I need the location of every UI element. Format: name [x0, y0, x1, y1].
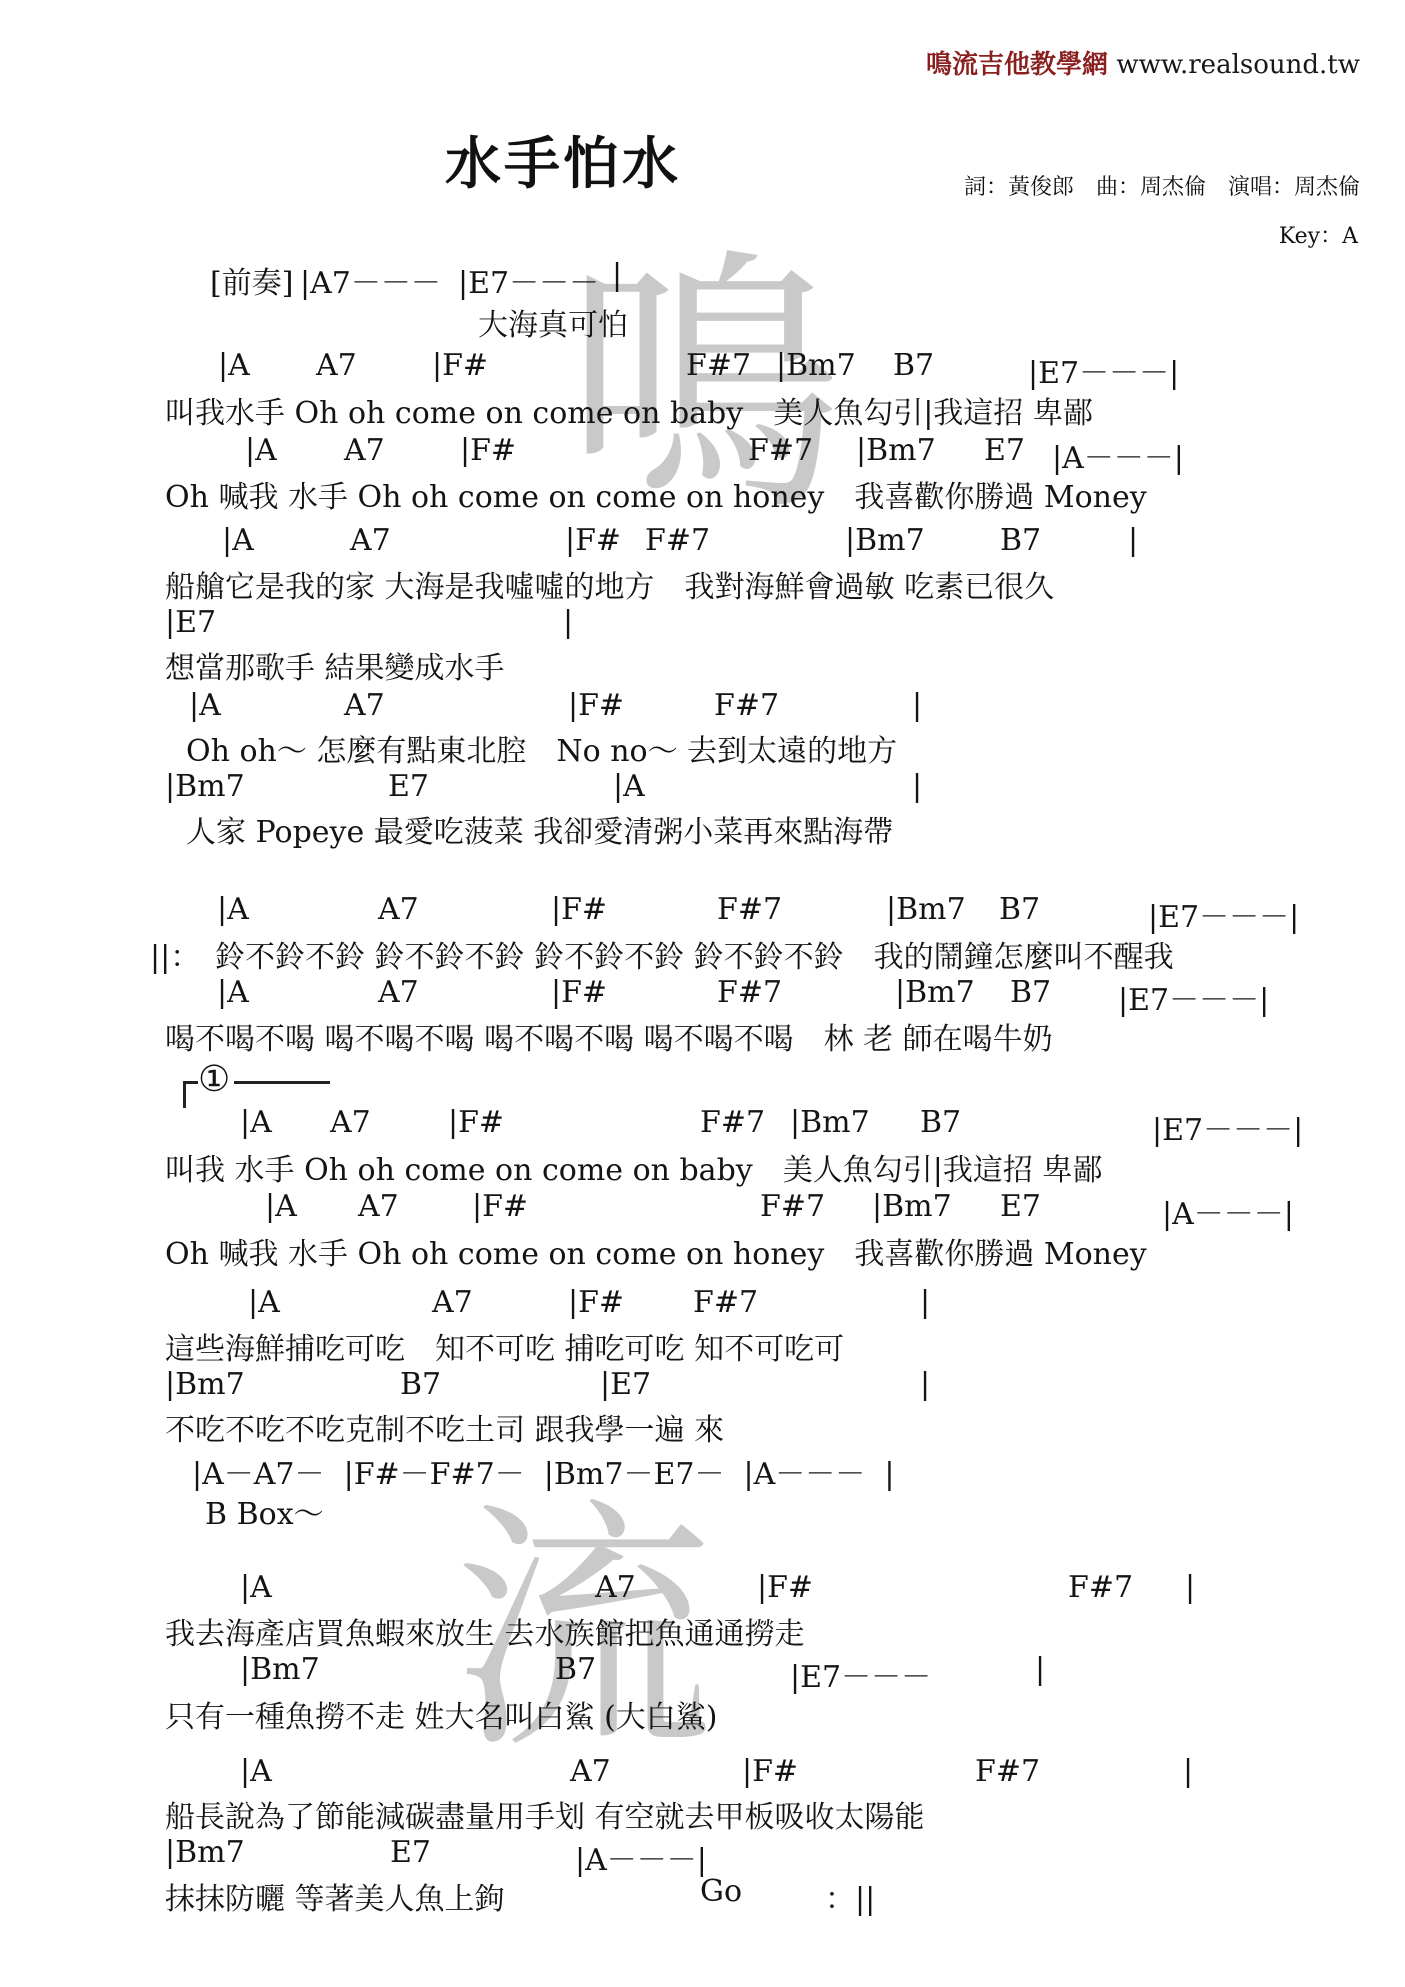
- chord-segment: E7: [1000, 1189, 1041, 1224]
- chord-line: |AA7|F#F#7|Bm7E7|A－－－|: [0, 1189, 1405, 1229]
- chord-segment: |F#: [568, 1285, 624, 1320]
- chord-segment: |F#: [565, 523, 621, 558]
- chord-line: |AA7|F#F#7|: [0, 688, 1405, 728]
- chord-segment: |: [1185, 1570, 1195, 1605]
- chord-segment: |F#: [568, 688, 624, 723]
- volta-rule: [234, 1081, 330, 1084]
- chord-segment: B7: [893, 348, 934, 383]
- chord-line: |Bm7B7|E7－－－|: [0, 1652, 1405, 1692]
- lyric-segment: 想當那歌手 結果變成水手: [165, 643, 505, 687]
- chord-segment: |Bm7: [872, 1189, 952, 1224]
- chord-line: |AA7|F#F#7|Bm7B7|: [0, 523, 1405, 563]
- chord-segment: |A: [189, 688, 221, 723]
- chord-segment: F#7: [700, 1105, 765, 1140]
- chord-segment: |A: [248, 1285, 280, 1320]
- chord-segment: F#7: [975, 1754, 1040, 1789]
- chord-segment: A7: [378, 892, 419, 927]
- chord-segment: |E7－－－|: [1118, 975, 1269, 1019]
- chord-segment: |E7－－－: [458, 258, 599, 302]
- lyric-line: 船艙它是我的家 大海是我噓噓的地方 我對海鮮會過敏 吃素已很久: [0, 562, 1405, 602]
- chord-segment: A7: [378, 975, 419, 1010]
- chord-segment: |F#: [757, 1570, 813, 1605]
- lyric-segment: 叫我水手 Oh oh come on come on baby 美人魚勾引|我這…: [165, 388, 1093, 432]
- chord-segment: |E7: [165, 605, 216, 640]
- chord-segment: A7: [344, 688, 385, 723]
- chord-segment: |E7－－－|: [1028, 348, 1179, 392]
- lyric-segment: 船長說為了節能減碳盡量用手划 有空就去甲板吸收太陽能: [165, 1792, 925, 1836]
- chord-segment: |: [912, 769, 922, 804]
- song-title: 水手怕水: [445, 120, 681, 200]
- chord-segment: A7: [358, 1189, 399, 1224]
- lyric-segment: 抹抹防曬 等著美人魚上鉤: [165, 1874, 505, 1918]
- lyric-line: 喝不喝不喝 喝不喝不喝 喝不喝不喝 喝不喝不喝 林 老 師在喝牛奶: [0, 1014, 1405, 1054]
- chord-segment: |: [920, 1367, 930, 1402]
- chord-line: |A－A7－ |F#－F#7－ |Bm7－E7－ |A－－－ |: [0, 1449, 1405, 1489]
- chord-segment: B7: [920, 1105, 961, 1140]
- lyric-line: 只有一種魚撈不走 姓大名叫白鯊 (大白鯊): [0, 1692, 1405, 1732]
- chord-segment: A7: [316, 348, 357, 383]
- lyric-line: B Box～: [0, 1489, 1405, 1529]
- chord-segment: E7: [390, 1835, 431, 1870]
- chord-line: |AA7|F#F#7|Bm7B7|E7－－－|: [0, 975, 1405, 1015]
- chord-segment: |Bm7: [895, 975, 975, 1010]
- chord-segment: E7: [984, 433, 1025, 468]
- chord-segment: |A: [245, 433, 277, 468]
- lyric-line: Oh 喊我 水手 Oh oh come on come on honey 我喜歡…: [0, 472, 1405, 512]
- chord-segment: |F#: [551, 975, 607, 1010]
- chord-line: |AA7|F#F#7|Bm7B7|E7－－－|: [0, 892, 1405, 932]
- chord-segment: A7: [595, 1570, 636, 1605]
- chord-segment: |E7－－－|: [1152, 1105, 1303, 1149]
- chord-segment: |: [563, 605, 573, 640]
- chord-line: [前奏]|A7－－－|E7－－－|: [0, 258, 1405, 298]
- chord-segment: |A: [240, 1105, 272, 1140]
- chord-segment: |A: [217, 892, 249, 927]
- chord-segment: |E7－－－|: [1148, 892, 1299, 936]
- lyric-segment: Oh oh～ 怎麼有點東北腔 No no～ 去到太遠的地方: [186, 726, 897, 770]
- lyric-line: ||：鈴不鈴不鈴 鈴不鈴不鈴 鈴不鈴不鈴 鈴不鈴不鈴 我的鬧鐘怎麼叫不醒我: [0, 932, 1405, 972]
- lyric-line: 不吃不吃不吃克制不吃土司 跟我學一遍 來: [0, 1405, 1405, 1445]
- chord-segment: F#7: [717, 975, 782, 1010]
- lyric-segment: 這些海鮮捕吃可吃 知不可吃 捕吃可吃 知不可吃可: [165, 1324, 844, 1368]
- chord-segment: B7: [555, 1652, 596, 1687]
- lyric-segment: 喝不喝不喝 喝不喝不喝 喝不喝不喝 喝不喝不喝 林 老 師在喝牛奶: [165, 1014, 1053, 1058]
- chord-line: |Bm7E7|A－－－|: [0, 1835, 1405, 1875]
- lyric-segment: Go: [700, 1874, 742, 1909]
- chord-segment: F#7: [1068, 1570, 1133, 1605]
- chord-segment: |: [1128, 523, 1138, 558]
- chord-line: |Bm7E7|A|: [0, 769, 1405, 809]
- chord-segment: |F#: [742, 1754, 798, 1789]
- song-key: Key：A: [1279, 219, 1358, 250]
- chord-segment: |Bm7: [886, 892, 966, 927]
- site-url-text: www.realsound.tw: [1116, 50, 1360, 80]
- chord-segment: |A: [240, 1570, 272, 1605]
- chord-segment: |A－A7－ |F#－F#7－ |Bm7－E7－ |A－－－ |: [192, 1449, 894, 1493]
- song-credits: 詞：黃俊郎 曲：周杰倫 演唱：周杰倫: [964, 170, 1360, 201]
- lyric-segment: 大海真可怕: [478, 300, 628, 344]
- lyric-line: 大海真可怕: [0, 300, 1405, 340]
- chord-line: |AA7|F#F#7|Bm7B7|E7－－－|: [0, 1105, 1405, 1145]
- chord-segment: |F#: [551, 892, 607, 927]
- lyric-segment: 我去海產店買魚蝦來放生 去水族館把魚通通撈走: [165, 1609, 805, 1653]
- lyric-line: 叫我水手 Oh oh come on come on baby 美人魚勾引|我這…: [0, 388, 1405, 428]
- lyric-line: 船長說為了節能減碳盡量用手划 有空就去甲板吸收太陽能: [0, 1792, 1405, 1832]
- chord-line: |AA7|F#F#7|Bm7E7|A－－－|: [0, 433, 1405, 473]
- chord-segment: F#7: [748, 433, 813, 468]
- lyric-segment: ||：: [150, 932, 200, 976]
- chord-segment: B7: [1010, 975, 1051, 1010]
- chord-segment: |: [1183, 1754, 1193, 1789]
- chord-segment: |E7: [600, 1367, 651, 1402]
- chord-segment: |A: [613, 769, 645, 804]
- chord-segment: |Bm7: [845, 523, 925, 558]
- chord-segment: |: [920, 1285, 930, 1320]
- lyric-line: 抹抹防曬 等著美人魚上鉤Go：||: [0, 1874, 1405, 1914]
- lyric-segment: 不吃不吃不吃克制不吃土司 跟我學一遍 來: [165, 1405, 724, 1449]
- chord-segment: A7: [570, 1754, 611, 1789]
- chord-segment: F#7: [717, 892, 782, 927]
- volta-line: ①: [0, 1066, 1405, 1106]
- lyric-segment: Oh 喊我 水手 Oh oh come on come on honey 我喜歡…: [165, 472, 1147, 516]
- lyric-line: 想當那歌手 結果變成水手: [0, 643, 1405, 683]
- chord-segment: |A－－－|: [575, 1835, 707, 1879]
- chord-segment: F#7: [645, 523, 710, 558]
- chord-segment: |F#: [472, 1189, 528, 1224]
- lyric-segment: ：||: [825, 1874, 875, 1918]
- chord-line: |AA7|F#F#7|: [0, 1570, 1405, 1610]
- chord-segment: A7: [344, 433, 385, 468]
- chord-segment: B7: [1000, 523, 1041, 558]
- lyric-segment: 人家 Popeye 最愛吃菠菜 我卻愛清粥小菜再來點海帶: [186, 807, 893, 851]
- chord-segment: |Bm7: [776, 348, 856, 383]
- chord-segment: |A: [265, 1189, 297, 1224]
- chord-segment: |A－－－|: [1052, 433, 1184, 477]
- chord-segment: |Bm7: [165, 769, 245, 804]
- chord-line: |E7|: [0, 605, 1405, 645]
- chord-segment: |E7－－－: [790, 1652, 931, 1696]
- chord-segment: |: [612, 258, 622, 293]
- lyric-line: 人家 Popeye 最愛吃菠菜 我卻愛清粥小菜再來點海帶: [0, 807, 1405, 847]
- chord-segment: |F#: [432, 348, 488, 383]
- chord-segment: |A－－－|: [1162, 1189, 1294, 1233]
- chord-segment: |A: [217, 975, 249, 1010]
- lyric-line: 叫我 水手 Oh oh come on come on baby 美人魚勾引|我…: [0, 1145, 1405, 1185]
- lyric-line: 我去海產店買魚蝦來放生 去水族館把魚通通撈走: [0, 1609, 1405, 1649]
- lyric-line: Oh 喊我 水手 Oh oh come on come on honey 我喜歡…: [0, 1229, 1405, 1269]
- chord-segment: F#7: [760, 1189, 825, 1224]
- lyric-line: 這些海鮮捕吃可吃 知不可吃 捕吃可吃 知不可吃可: [0, 1324, 1405, 1364]
- chord-segment: A7: [330, 1105, 371, 1140]
- volta-number: ①: [198, 1062, 230, 1098]
- sheet-lines: [前奏]|A7－－－|E7－－－|大海真可怕|AA7|F#F#7|Bm7B7|E…: [0, 0, 1405, 1987]
- chord-segment: |Bm7: [856, 433, 936, 468]
- lyric-segment: 只有一種魚撈不走 姓大名叫白鯊 (大白鯊): [165, 1692, 717, 1736]
- lyric-segment: 鈴不鈴不鈴 鈴不鈴不鈴 鈴不鈴不鈴 鈴不鈴不鈴 我的鬧鐘怎麼叫不醒我: [215, 932, 1174, 976]
- chord-segment: |A: [222, 523, 254, 558]
- chord-segment: B7: [400, 1367, 441, 1402]
- chord-segment: |Bm7: [165, 1367, 245, 1402]
- chord-segment: |F#: [448, 1105, 504, 1140]
- chord-segment: F#7: [714, 688, 779, 723]
- chord-line: |AA7|F#F#7|Bm7B7|E7－－－|: [0, 348, 1405, 388]
- chord-line: |AA7|F#F#7|: [0, 1285, 1405, 1325]
- chord-segment: |A7－－－: [300, 258, 441, 302]
- chord-segment: |F#: [460, 433, 516, 468]
- chord-segment: |A: [218, 348, 250, 383]
- lyric-segment: 叫我 水手 Oh oh come on come on baby 美人魚勾引|我…: [165, 1145, 1102, 1189]
- lyric-segment: 船艙它是我的家 大海是我噓噓的地方 我對海鮮會過敏 吃素已很久: [165, 562, 1054, 606]
- chord-segment: A7: [432, 1285, 473, 1320]
- chord-segment: |Bm7: [790, 1105, 870, 1140]
- chord-segment: |: [912, 688, 922, 723]
- brand-name: 鳴流吉他教學網: [926, 50, 1108, 80]
- chord-segment: A7: [350, 523, 391, 558]
- chord-line: |AA7|F#F#7|: [0, 1754, 1405, 1794]
- chord-segment: |Bm7: [240, 1652, 320, 1687]
- lyric-line: Oh oh～ 怎麼有點東北腔 No no～ 去到太遠的地方: [0, 726, 1405, 766]
- site-header: 鳴流吉他教學網 www.realsound.tw: [926, 44, 1360, 81]
- chord-segment: F#7: [686, 348, 751, 383]
- chord-segment: [前奏]: [210, 258, 293, 302]
- chord-segment: F#7: [693, 1285, 758, 1320]
- chord-line: |Bm7B7|E7|: [0, 1367, 1405, 1407]
- chord-segment: E7: [388, 769, 429, 804]
- chord-segment: |Bm7: [165, 1835, 245, 1870]
- chord-segment: |: [1035, 1652, 1045, 1687]
- chord-segment: |A: [240, 1754, 272, 1789]
- lyric-segment: Oh 喊我 水手 Oh oh come on come on honey 我喜歡…: [165, 1229, 1147, 1273]
- chord-segment: B7: [999, 892, 1040, 927]
- lyric-segment: B Box～: [205, 1489, 324, 1533]
